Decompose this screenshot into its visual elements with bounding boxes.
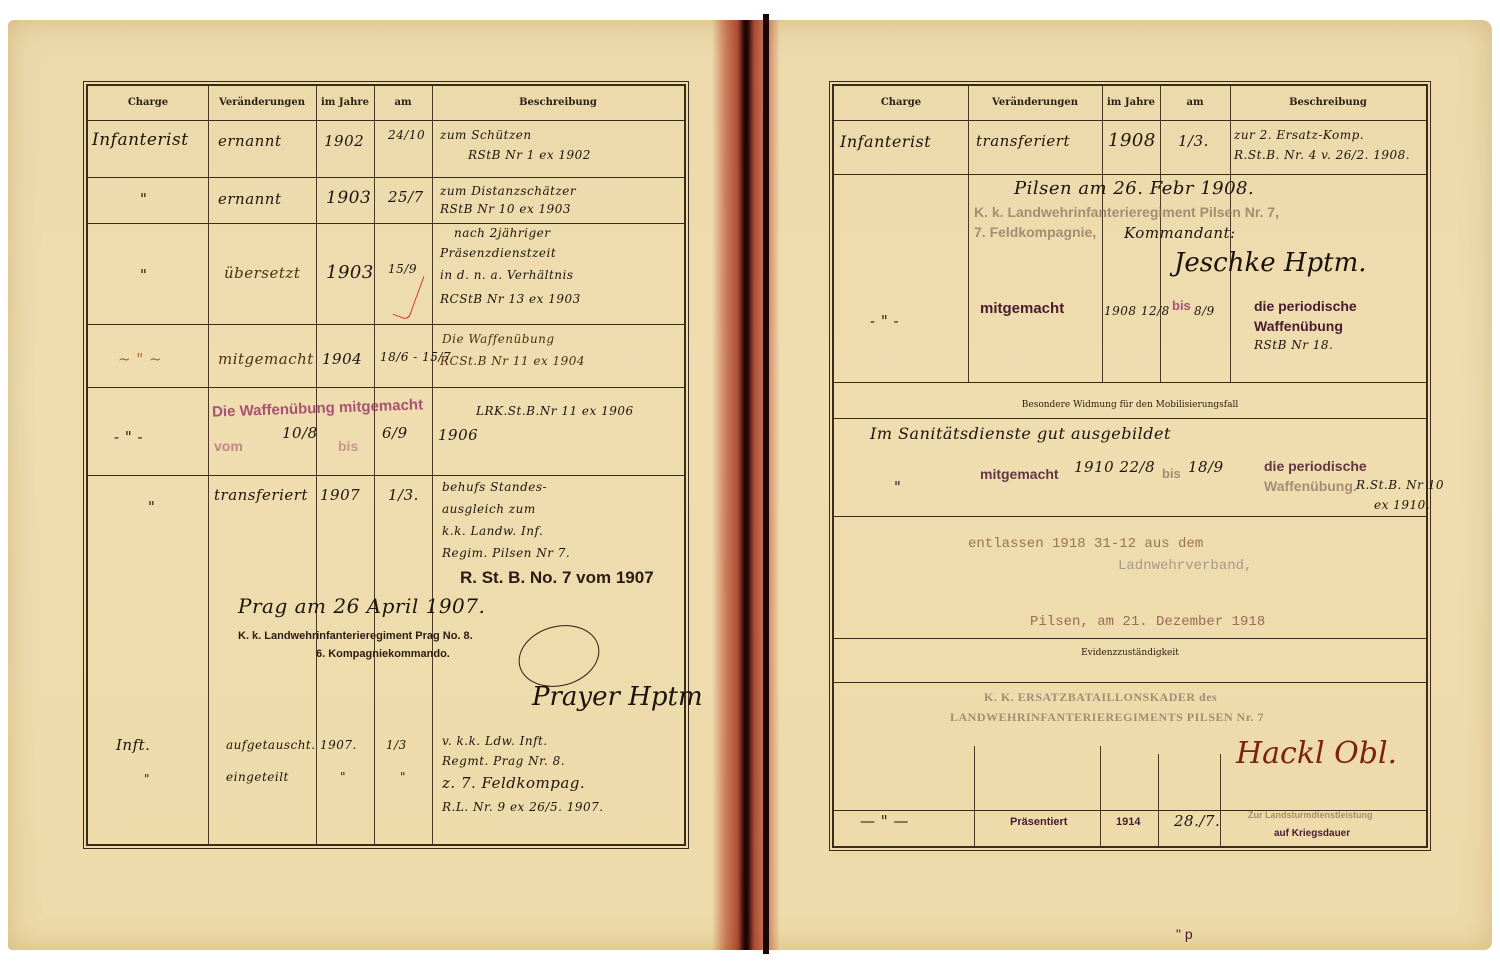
right-header-veraenderungen: Veränderungen (968, 86, 1102, 120)
row5-to: 6/9 (382, 424, 408, 442)
row6-desc1: behufs Standes- (442, 480, 547, 494)
row6-desc3: k.k. Landw. Inf. (442, 524, 543, 538)
row1-desc1: zum Schützen (440, 128, 532, 142)
mitgemacht-stamp-1: mitgemacht (980, 300, 1064, 317)
row6-year: 1907 (320, 486, 360, 504)
row5-charge: - " - (114, 428, 143, 446)
right-row1-desc1: zur 2. Ersatz-Komp. (1234, 128, 1364, 142)
row2-date: 25/7 (388, 188, 424, 206)
row2-charge: " (140, 190, 147, 208)
discharge-place-date: Pilsen, am 21. Dezember 1918 (1030, 614, 1265, 630)
red-check-mark (392, 271, 424, 321)
right-row3-from: 1910 22/8 (1074, 458, 1155, 476)
row2-desc2: RStB Nr 10 ex 1903 (440, 202, 571, 216)
row4-change: mitgemacht (218, 350, 314, 368)
bottom-row1-date: 1/3 (386, 738, 407, 752)
right-row1-change: transferiert (976, 132, 1070, 150)
right-header-am: am (1160, 86, 1230, 120)
right-row2-to: 8/9 (1194, 304, 1215, 318)
periodic-stamp-1-line1: die periodische (1254, 298, 1357, 314)
header-am: am (374, 86, 432, 120)
row6-charge: " (148, 498, 155, 516)
bis-stamp-1: bis (1172, 298, 1191, 313)
bottom-row1-year: 1907. (320, 738, 357, 752)
right-row1-year: 1908 (1108, 130, 1156, 151)
row6-date: 1/3. (388, 486, 419, 504)
periodic-stamp-2-line2: Waffenübung. (1264, 478, 1357, 494)
bottom-row1-change: aufgetauscht. (226, 738, 316, 752)
right-row1-charge: Infanterist (840, 132, 931, 151)
right-header-beschreibung: Beschreibung (1230, 86, 1426, 120)
row2-change: ernannt (218, 190, 282, 208)
periodic-stamp-2-line1: die periodische (1264, 458, 1367, 474)
kommandant-label: Kommandant: (1124, 224, 1236, 242)
bottom-row2-charge: " (144, 772, 150, 786)
bottom-row2-desc1: z. 7. Feldkompag. (442, 774, 585, 792)
praesentiert-stamp: Präsentiert (1010, 816, 1067, 828)
bottom-row1-charge: Inft. (116, 736, 150, 754)
row5-from: 10/8 (282, 424, 318, 442)
row3-year: 1903 (326, 262, 374, 283)
kader-stamp-line1: K. K. ERSATZBATAILLONSKADER des (984, 690, 1217, 705)
right-row4-date: 28./7. (1174, 812, 1220, 830)
discharge-stamp-line1: entlassen 1918 31-12 aus dem (968, 536, 1203, 552)
header-beschreibung: Beschreibung (432, 86, 684, 120)
bottom-row2-year: " (340, 770, 346, 784)
right-row1-date: 1/3. (1178, 132, 1209, 150)
stamp-bis: bis (338, 438, 358, 454)
left-page-table: Charge Veränderungen im Jahre am Beschre… (86, 84, 686, 846)
row5-year: 1906 (438, 426, 478, 444)
row6-desc2: ausgleich zum (442, 502, 536, 516)
row1-desc2: RStB Nr 1 ex 1902 (468, 148, 591, 162)
pilsen-place-date: Pilsen am 26. Febr 1908. (1014, 178, 1254, 199)
row1-charge: Infanterist (92, 130, 189, 150)
evidenz-label: Evidenzzuständigkeit (834, 648, 1426, 658)
rstb-stamp: R. St. B. No. 7 vom 1907 (460, 568, 654, 588)
mobilization-label: Besondere Widmung für den Mobilisierungs… (834, 400, 1426, 410)
right-row3-ref1: R.St.B. Nr 10 (1356, 478, 1444, 492)
header-charge: Charge (88, 86, 208, 120)
landsturm-stamp-line1: Zur Landsturmdienstleistung (1248, 810, 1373, 820)
right-page-table: Charge Veränderungen im Jahre am Beschre… (832, 84, 1428, 848)
right-row4-charge: — " — (860, 812, 909, 830)
prag-place-date: Prag am 26 April 1907. (238, 594, 485, 618)
row2-desc1: zum Distanzschätzer (440, 184, 576, 198)
bottom-row1-desc1: v. k.k. Ldw. Inft. (442, 734, 548, 748)
row5-desc1: LRK.St.B.Nr 11 ex 1906 (476, 404, 634, 418)
prag-regiment-stamp-line2: 6. Kompagniekommando. (316, 648, 450, 660)
bottom-row1-desc2: Regmt. Prag Nr. 8. (442, 754, 565, 768)
periodic-stamp-1-line2: Waffenübung (1254, 318, 1343, 334)
right-row3-charge: " (894, 478, 901, 496)
right-row2-charge: - " - (870, 312, 899, 330)
row4-desc1: Die Waffenübung (442, 332, 555, 346)
prayer-signature: Prayer Hptm (532, 682, 703, 712)
right-row1-desc2: R.St.B. Nr. 4 v. 26/2. 1908. (1234, 148, 1410, 162)
bottom-row2-desc2: R.L. Nr. 9 ex 26/5. 1907. (442, 800, 604, 814)
bottom-row2-change: eingeteilt (226, 770, 289, 784)
right-row2-ref: RStB Nr 18. (1254, 338, 1333, 352)
landsturm-stamp-line2: auf Kriegsdauer (1274, 828, 1350, 839)
row4-desc2: RCSt.B Nr 11 ex 1904 (440, 354, 585, 368)
header-im-jahre: im Jahre (316, 86, 374, 120)
row1-year: 1902 (324, 132, 364, 150)
right-row4-year: 1914 (1116, 816, 1140, 828)
row3-charge: " (140, 266, 147, 284)
prag-regiment-stamp-line1: K. k. Landwehrinfanterieregiment Prag No… (238, 630, 473, 642)
mobilization-text: Im Sanitätsdienste gut ausgebildet (870, 424, 1171, 443)
waffenuebung-stamp: Die Waffenübung mitgemacht (212, 396, 424, 420)
mitgemacht-stamp-2: mitgemacht (980, 466, 1059, 482)
row2-year: 1903 (326, 188, 371, 208)
binding-spine-stain (712, 20, 780, 950)
kader-stamp-line2: LANDWEHRINFANTERIEREGIMENTS PILSEN Nr. 7 (950, 710, 1264, 725)
stamp-vom: vom (214, 438, 243, 454)
pilsen-regiment-stamp-line1: K. k. Landwehrinfanterieregiment Pilsen … (974, 204, 1279, 220)
right-row3-to: 18/9 (1188, 458, 1224, 476)
jeschke-signature: Jeschke Hptm. (1174, 248, 1367, 278)
row3-desc2: Präsenzdienstzeit (440, 246, 556, 260)
hackl-signature: Hackl Obl. (1236, 736, 1397, 771)
right-row2-from: 1908 12/8 (1104, 304, 1170, 318)
row3-desc1: nach 2jähriger (454, 226, 550, 240)
binding-thread (763, 14, 769, 954)
pilsen-regiment-stamp-line2: 7. Feldkompagnie, (974, 224, 1096, 240)
header-veraenderungen: Veränderungen (208, 86, 316, 120)
row6-change: transferiert (214, 486, 308, 504)
row4-year: 1904 (322, 350, 362, 368)
right-header-charge: Charge (834, 86, 968, 120)
row1-change: ernannt (218, 132, 282, 150)
row1-date: 24/10 (388, 128, 425, 142)
bottom-row2-date: " (400, 770, 406, 784)
row4-charge: ~ " ~ (118, 350, 162, 368)
row3-desc3: in d. n. a. Verhältnis (440, 268, 574, 282)
row3-change: übersetzt (224, 264, 300, 282)
footer-mark: " p (1176, 926, 1193, 942)
discharge-stamp-line2: Ladnwehrverband, (1118, 558, 1252, 574)
row6-desc4: Regim. Pilsen Nr 7. (442, 546, 570, 560)
row3-desc4: RCStB Nr 13 ex 1903 (440, 292, 581, 306)
right-header-im-jahre: im Jahre (1102, 86, 1160, 120)
right-row3-ref2: ex 1910. (1374, 498, 1430, 512)
bis-stamp-2: bis (1162, 466, 1181, 481)
